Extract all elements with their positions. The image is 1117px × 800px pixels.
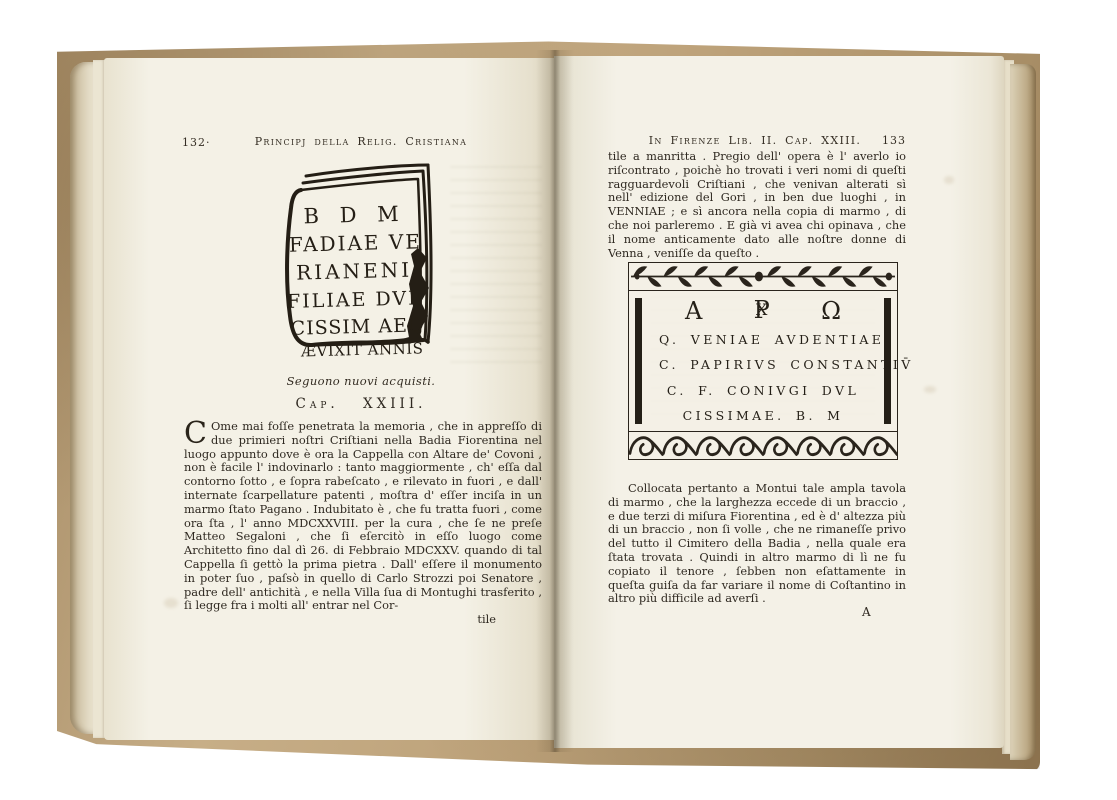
catchword: tile xyxy=(184,613,542,627)
body-text-right-1: tile a manritta . Pregio dell' opera è l… xyxy=(608,150,906,260)
chi-rho-icon: P X xyxy=(749,295,775,327)
woodcut-line: B D M xyxy=(303,202,406,229)
running-header-left: Principj della Relig. Cristiana xyxy=(180,135,542,148)
floral-garland-icon xyxy=(629,263,897,291)
chi-rho-chi: X xyxy=(756,302,767,318)
woodcut-line: FILIAE DVL xyxy=(287,287,423,313)
body-text-right-2: Collocata pertanto a Montui tale ampla t… xyxy=(608,482,906,606)
left-page: 132· Principj della Relig. Cristiana B D… xyxy=(104,58,554,740)
chapter-heading: Cap. XXIII. xyxy=(180,396,542,412)
sacred-monogram-row: A P X Ω xyxy=(659,295,867,327)
omega-symbol: Ω xyxy=(821,296,841,326)
inscription-body: A P X Ω Q. VENIAE AVDENTIAE C. PAPIRIVS … xyxy=(629,291,897,431)
page-number-right: 133 xyxy=(604,134,906,147)
right-page: In Firenze Lib. II. Cap. XXIII. 133 tile… xyxy=(554,56,1004,748)
alpha-symbol: A xyxy=(685,296,702,326)
inscription-tablet: A P X Ω Q. VENIAE AVDENTIAE C. PAPIRIVS … xyxy=(628,262,898,460)
section-caption: Seguono nuovi acquisti. xyxy=(180,374,542,388)
page-showthrough xyxy=(450,166,542,371)
stone-tablet-icon: B D M FADIAE VE RIANENI FILIAE DVL CISSI… xyxy=(272,156,450,364)
woodcut-line: ÆVIXIT ANNIS xyxy=(300,339,424,360)
foxing-spot xyxy=(164,598,178,608)
page-stack-edge-right xyxy=(1010,64,1036,760)
drop-cap: C xyxy=(184,420,211,447)
woodcut-line: FADIAE VE xyxy=(289,229,423,256)
scrollwork-band-icon xyxy=(629,431,897,459)
inscription-line: Q. VENIAE AVDENTIAE xyxy=(659,328,867,352)
signature-mark: A xyxy=(862,605,871,619)
body-text-left-content: Ome mai foſſe penetrata la memoria , che… xyxy=(184,419,542,612)
inscription-line: C. PAPIRIVS CONSTANTIV̄ xyxy=(659,353,867,377)
inscription-stone-woodcut: B D M FADIAE VE RIANENI FILIAE DVL CISSI… xyxy=(272,156,450,364)
inscription-line: CISSIMAE. B. M xyxy=(659,404,867,428)
tablet-side-bar-right xyxy=(884,298,891,424)
woodcut-line: CISSIM AEQ xyxy=(290,314,424,339)
body-text-left: COme mai foſſe penetrata la memoria , ch… xyxy=(184,420,542,627)
woodcut-line: RIANENI xyxy=(296,258,412,285)
gutter-shadow xyxy=(536,50,574,752)
foxing-spot xyxy=(924,386,936,393)
tablet-side-bar-left xyxy=(635,298,642,424)
inscription-line: C. F. CONIVGI DVL xyxy=(659,379,867,403)
foxing-spot xyxy=(944,176,954,184)
